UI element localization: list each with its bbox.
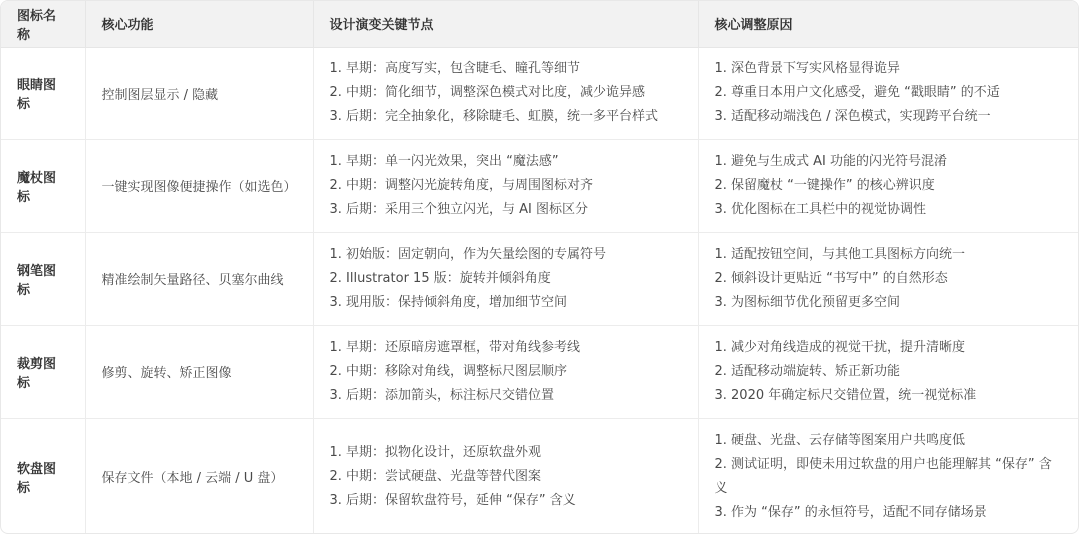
- header-core-function: 核心功能: [85, 1, 313, 47]
- evolution-line: 3. 后期：保留软盘符号，延伸 “保存” 含义: [330, 489, 682, 513]
- icon-name-cell: 钢笔图标: [1, 232, 85, 325]
- header-evolution-milestones: 设计演变关键节点: [313, 1, 698, 47]
- evolution-line: 3. 后期：采用三个独立闪光，与 AI 图标区分: [330, 198, 682, 222]
- evolution-cell: 1. 早期：还原暗房遮罩框，带对角线参考线 2. 中期：移除对角线，调整标尺图层…: [313, 325, 698, 418]
- evolution-line: 2. Illustrator 15 版：旋转并倾斜角度: [330, 267, 682, 291]
- evolution-line: 1. 早期：单一闪光效果，突出 “魔法感”: [330, 150, 682, 174]
- reason-line: 2. 尊重日本用户文化感受，避免 “戳眼睛” 的不适: [715, 81, 1063, 105]
- reason-line: 1. 适配按钮空间，与其他工具图标方向统一: [715, 243, 1063, 267]
- reason-line: 2. 保留魔杖 “一键操作” 的核心辨识度: [715, 174, 1063, 198]
- icon-evolution-table: 图标名称 核心功能 设计演变关键节点 核心调整原因 眼睛图标 控制图层显示 / …: [0, 0, 1079, 534]
- table-body: 眼睛图标 控制图层显示 / 隐藏 1. 早期：高度写实，包含睫毛、瞳孔等细节 2…: [1, 47, 1078, 534]
- reasons-cell: 1. 适配按钮空间，与其他工具图标方向统一 2. 倾斜设计更贴近 “书写中” 的…: [698, 232, 1078, 325]
- reason-line: 3. 2020 年确定标尺交错位置，统一视觉标准: [715, 384, 1063, 408]
- evolution-line: 3. 现用版：保持倾斜角度，增加细节空间: [330, 291, 682, 315]
- evolution-line: 1. 早期：高度写实，包含睫毛、瞳孔等细节: [330, 57, 682, 81]
- evolution-line: 3. 后期：完全抽象化，移除睫毛、虹膜，统一多平台样式: [330, 105, 682, 129]
- function-cell: 控制图层显示 / 隐藏: [85, 47, 313, 139]
- evolution-line: 1. 早期：还原暗房遮罩框，带对角线参考线: [330, 336, 682, 360]
- function-cell: 一键实现图像便捷操作（如选色）: [85, 139, 313, 232]
- table-row: 软盘图标 保存文件（本地 / 云端 / U 盘） 1. 早期：拟物化设计，还原软…: [1, 418, 1078, 534]
- reason-line: 3. 适配移动端浅色 / 深色模式，实现跨平台统一: [715, 105, 1063, 129]
- reason-line: 2. 适配移动端旋转、矫正新功能: [715, 360, 1063, 384]
- evolution-line: 3. 后期：添加箭头，标注标尺交错位置: [330, 384, 682, 408]
- evolution-line: 2. 中期：调整闪光旋转角度，与周围图标对齐: [330, 174, 682, 198]
- evolution-line: 1. 初始版：固定朝向，作为矢量绘图的专属符号: [330, 243, 682, 267]
- reason-line: 1. 深色背景下写实风格显得诡异: [715, 57, 1063, 81]
- table-row: 眼睛图标 控制图层显示 / 隐藏 1. 早期：高度写实，包含睫毛、瞳孔等细节 2…: [1, 47, 1078, 139]
- function-cell: 精准绘制矢量路径、贝塞尔曲线: [85, 232, 313, 325]
- reason-line: 2. 倾斜设计更贴近 “书写中” 的自然形态: [715, 267, 1063, 291]
- reasons-cell: 1. 硬盘、光盘、云存储等图案用户共鸣度低 2. 测试证明，即使未用过软盘的用户…: [698, 418, 1078, 534]
- table: 图标名称 核心功能 设计演变关键节点 核心调整原因 眼睛图标 控制图层显示 / …: [1, 1, 1078, 534]
- icon-name-cell: 裁剪图标: [1, 325, 85, 418]
- evolution-line: 1. 早期：拟物化设计，还原软盘外观: [330, 441, 682, 465]
- reason-line: 1. 避免与生成式 AI 功能的闪光符号混淆: [715, 150, 1063, 174]
- table-header: 图标名称 核心功能 设计演变关键节点 核心调整原因: [1, 1, 1078, 47]
- header-adjustment-reasons: 核心调整原因: [698, 1, 1078, 47]
- icon-name-cell: 眼睛图标: [1, 47, 85, 139]
- table-row: 钢笔图标 精准绘制矢量路径、贝塞尔曲线 1. 初始版：固定朝向，作为矢量绘图的专…: [1, 232, 1078, 325]
- reasons-cell: 1. 避免与生成式 AI 功能的闪光符号混淆 2. 保留魔杖 “一键操作” 的核…: [698, 139, 1078, 232]
- reason-line: 1. 减少对角线造成的视觉干扰，提升清晰度: [715, 336, 1063, 360]
- icon-name-cell: 魔杖图标: [1, 139, 85, 232]
- reason-line: 3. 优化图标在工具栏中的视觉协调性: [715, 198, 1063, 222]
- evolution-cell: 1. 初始版：固定朝向，作为矢量绘图的专属符号 2. Illustrator 1…: [313, 232, 698, 325]
- reason-line: 3. 为图标细节优化预留更多空间: [715, 291, 1063, 315]
- evolution-cell: 1. 早期：拟物化设计，还原软盘外观 2. 中期：尝试硬盘、光盘等替代图案 3.…: [313, 418, 698, 534]
- reason-line: 1. 硬盘、光盘、云存储等图案用户共鸣度低: [715, 429, 1063, 453]
- evolution-line: 2. 中期：尝试硬盘、光盘等替代图案: [330, 465, 682, 489]
- table-row: 魔杖图标 一键实现图像便捷操作（如选色） 1. 早期：单一闪光效果，突出 “魔法…: [1, 139, 1078, 232]
- evolution-cell: 1. 早期：单一闪光效果，突出 “魔法感” 2. 中期：调整闪光旋转角度，与周围…: [313, 139, 698, 232]
- reason-line: 3. 作为 “保存” 的永恒符号，适配不同存储场景: [715, 501, 1063, 525]
- header-row: 图标名称 核心功能 设计演变关键节点 核心调整原因: [1, 1, 1078, 47]
- evolution-cell: 1. 早期：高度写实，包含睫毛、瞳孔等细节 2. 中期：简化细节，调整深色模式对…: [313, 47, 698, 139]
- evolution-line: 2. 中期：移除对角线，调整标尺图层顺序: [330, 360, 682, 384]
- function-cell: 修剪、旋转、矫正图像: [85, 325, 313, 418]
- table-row: 裁剪图标 修剪、旋转、矫正图像 1. 早期：还原暗房遮罩框，带对角线参考线 2.…: [1, 325, 1078, 418]
- evolution-line: 2. 中期：简化细节，调整深色模式对比度，减少诡异感: [330, 81, 682, 105]
- reasons-cell: 1. 深色背景下写实风格显得诡异 2. 尊重日本用户文化感受，避免 “戳眼睛” …: [698, 47, 1078, 139]
- reason-line: 2. 测试证明，即使未用过软盘的用户也能理解其 “保存” 含义: [715, 453, 1063, 501]
- icon-name-cell: 软盘图标: [1, 418, 85, 534]
- function-cell: 保存文件（本地 / 云端 / U 盘）: [85, 418, 313, 534]
- header-icon-name: 图标名称: [1, 1, 85, 47]
- reasons-cell: 1. 减少对角线造成的视觉干扰，提升清晰度 2. 适配移动端旋转、矫正新功能 3…: [698, 325, 1078, 418]
